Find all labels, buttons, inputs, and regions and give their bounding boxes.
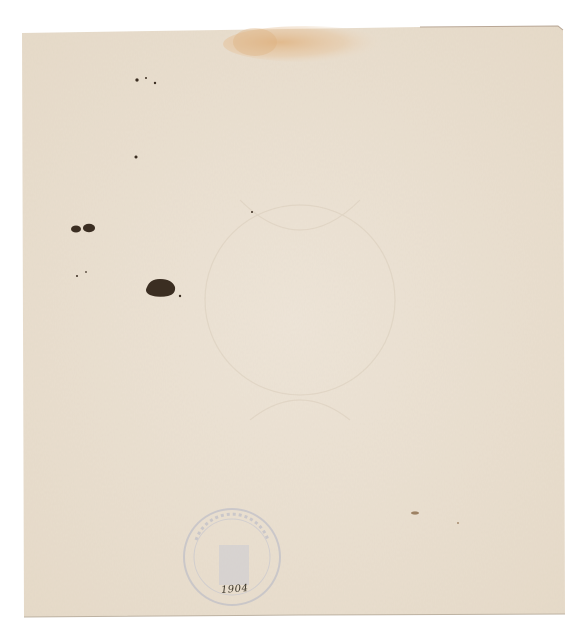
handwritten-year: 1904 (221, 583, 249, 596)
paper-sheet: 1904 (0, 0, 588, 640)
paper-illustration (0, 0, 588, 640)
